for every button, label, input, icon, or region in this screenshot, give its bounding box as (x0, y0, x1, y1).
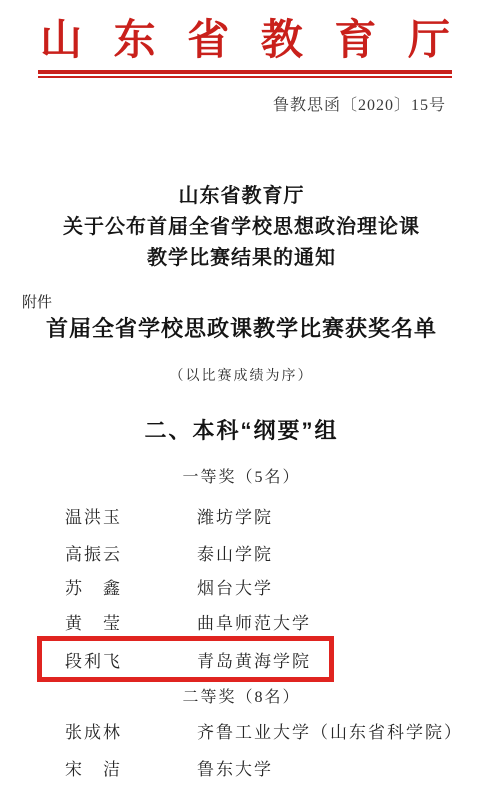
winner-school: 泰山学院 (197, 540, 273, 565)
winner-school: 齐鲁工业大学（山东省科学院） (197, 718, 463, 743)
winner-school: 烟台大学 (197, 574, 273, 599)
winner-school: 青岛黄海学院 (197, 647, 311, 672)
notice-title: 山东省教育厅 关于公布首届全省学校思想政治理论课 教学比赛结果的通知 (0, 181, 483, 274)
winner-row-highlighted: 段利飞 青岛黄海学院 (0, 647, 483, 669)
document-number: 鲁教思函〔2020〕15号 (273, 92, 446, 115)
winner-school: 鲁东大学 (197, 755, 273, 780)
winner-name: 宋 洁 (65, 755, 122, 780)
winner-row: 黄 莹 曲阜师范大学 (0, 609, 483, 631)
winner-row: 高振云 泰山学院 (0, 540, 483, 562)
letterhead-agency-name: 山东省教育厅 (40, 16, 450, 66)
document-page: 山东省教育厅 鲁教思函〔2020〕15号 山东省教育厅 关于公布首届全省学校思想… (0, 0, 483, 800)
winner-row: 张成林 齐鲁工业大学（山东省科学院） (0, 718, 483, 740)
winner-name: 张成林 (65, 718, 122, 743)
letterhead-divider-rule (38, 70, 452, 78)
notice-title-line2: 关于公布首届全省学校思想政治理论课 (0, 212, 483, 243)
winner-name: 高振云 (65, 540, 122, 565)
winner-school: 潍坊学院 (197, 503, 273, 528)
second-prize-heading: 二等奖（8名） (0, 684, 483, 707)
winner-name: 温洪玉 (65, 503, 122, 528)
winner-row: 苏 鑫 烟台大学 (0, 574, 483, 596)
attachment-label: 附件 (22, 291, 52, 312)
winner-name: 苏 鑫 (65, 574, 122, 599)
winner-name: 黄 莹 (65, 609, 122, 634)
section-heading-benke-gangyao: 二、本科“纲要”组 (0, 414, 483, 445)
first-prize-heading: 一等奖（5名） (0, 464, 483, 487)
winner-school: 曲阜师范大学 (197, 609, 311, 634)
sort-order-note: （以比赛成绩为序） (0, 365, 483, 385)
notice-title-line3: 教学比赛结果的通知 (0, 243, 483, 274)
winner-name: 段利飞 (65, 647, 122, 672)
winner-row: 温洪玉 潍坊学院 (0, 503, 483, 525)
notice-title-line1: 山东省教育厅 (0, 181, 483, 212)
attachment-heading: 首届全省学校思政课教学比赛获奖名单 (0, 312, 483, 343)
winner-row: 宋 洁 鲁东大学 (0, 755, 483, 777)
